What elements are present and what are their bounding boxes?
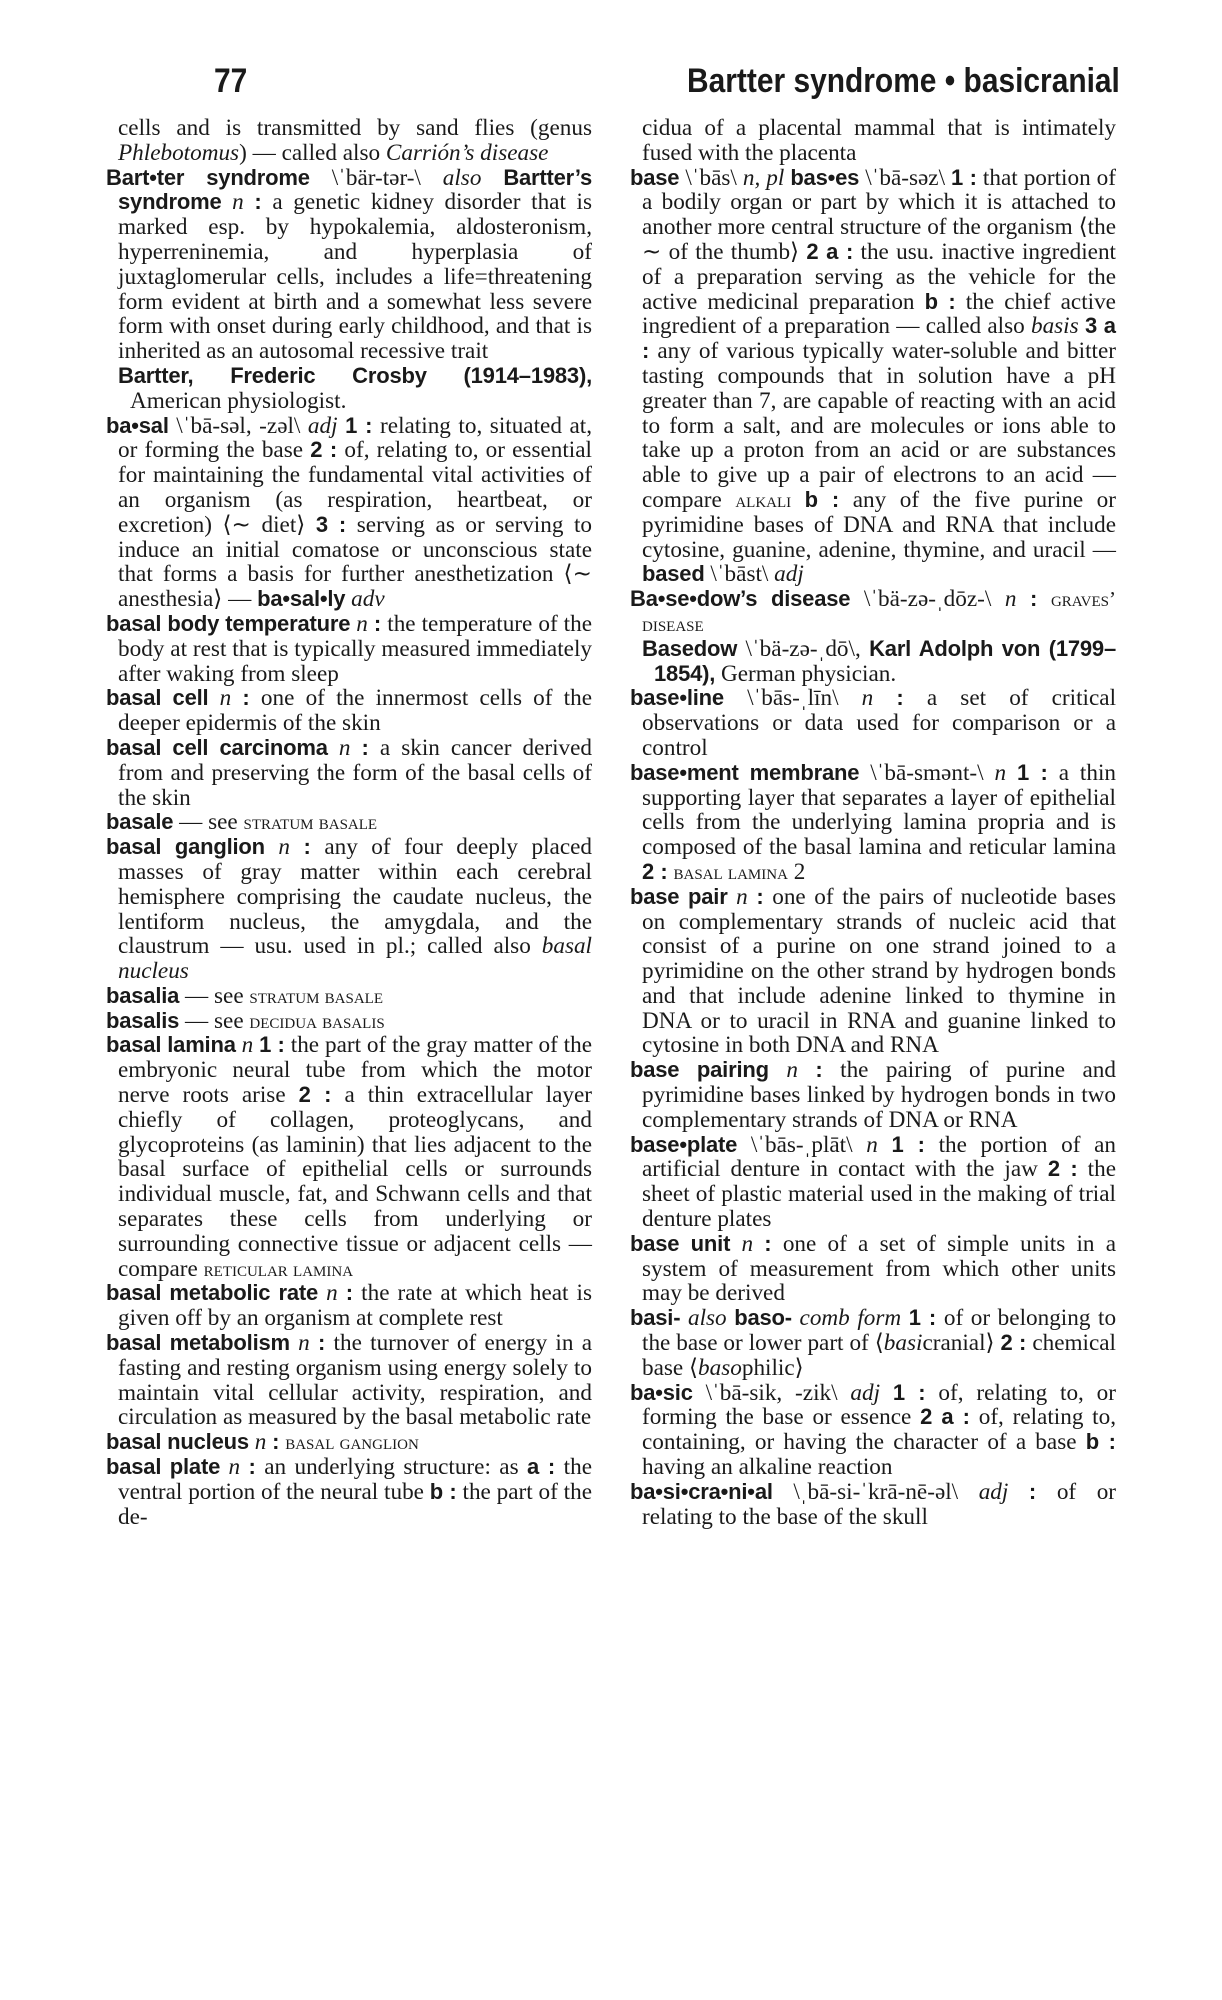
italic-label: comb form [800, 1305, 902, 1331]
dictionary-entry: Bart•ter syndrome \ˈbär-tər-\ also Bartt… [106, 166, 592, 364]
definition-text: \ˈbä-zə-ˌdōz-\ [850, 586, 1005, 612]
sense-number: 1 : [1017, 760, 1048, 785]
sense-number: 2 a : [920, 1404, 970, 1429]
definition-text: having an alkaline reaction [642, 1454, 892, 1480]
headword: basal plate [106, 1454, 220, 1479]
dictionary-entry: ba•sic \ˈbā-sik, -zik\ adj 1 : of, relat… [630, 1381, 1116, 1480]
sense-number: 1 : [259, 1032, 285, 1057]
italic-label: n [862, 685, 874, 711]
definition-text: cranial⟩ [922, 1330, 1000, 1356]
headword: bas•es [790, 165, 859, 190]
dictionary-entry: base•ment membrane \ˈbā-smənt-\ n 1 : a … [630, 761, 1116, 885]
italic-label: n [220, 685, 232, 711]
headword: base [630, 165, 679, 190]
headword: baso- [734, 1305, 792, 1330]
dictionary-entry: base•line \ˈbās-ˌlīn\ n : a set of criti… [630, 686, 1116, 760]
headword: base•plate [630, 1132, 737, 1157]
definition-text [728, 884, 737, 910]
definition-text [222, 189, 233, 215]
headword: basal lamina [106, 1032, 236, 1057]
definition-text: — see [179, 983, 249, 1009]
headword: basal cell carcinoma [106, 735, 328, 760]
definition-text [338, 413, 346, 439]
dictionary-entry: basi- also baso- comb form 1 : of or bel… [630, 1306, 1116, 1380]
italic-label: n [339, 735, 351, 761]
definition-text [680, 1305, 688, 1331]
dictionary-entry: base pairing n : the pairing of purine a… [630, 1058, 1116, 1132]
definition-text [481, 165, 503, 191]
cross-reference: alkali [735, 488, 791, 512]
sense-number: 1 : [951, 165, 977, 190]
dictionary-entry: basalia — see stratum basale [106, 984, 592, 1009]
cross-reference: stratum basale [243, 810, 377, 834]
definition-text [318, 1280, 326, 1306]
headword: base•line [630, 685, 724, 710]
definition-text [769, 1057, 786, 1083]
definition-text: a genetic kidney disorder that is marked… [118, 189, 592, 364]
definition-text [792, 1305, 800, 1331]
headword: basi- [630, 1305, 680, 1330]
italic-label: also [688, 1305, 727, 1331]
definition-text: cidua of a placental mammal that is inti… [642, 115, 1116, 166]
dictionary-entry: basal lamina n 1 : the part of the gray … [106, 1033, 592, 1281]
definition-text [791, 487, 805, 513]
sense-number: : [764, 1231, 771, 1256]
entry-continuation: cells and is transmitted by sand flies (… [106, 116, 592, 166]
sense-number: b : [805, 487, 840, 512]
italic-label: baso [698, 1355, 742, 1381]
definition-text: \ˈbās-ˌlīn\ [724, 685, 862, 711]
headword: ba•sal [106, 413, 169, 438]
left-column: cells and is transmitted by sand flies (… [106, 116, 592, 1529]
cross-reference: basal lamina [673, 860, 787, 884]
sense-number: 2 : [1048, 1156, 1078, 1181]
dictionary-entry: base \ˈbās\ n, pl bas•es \ˈbā-səz\ 1 : t… [630, 166, 1116, 588]
headword: base pair [630, 884, 728, 909]
italic-label: n [242, 1032, 254, 1058]
definition-text [208, 685, 219, 711]
headword: Bart•ter syndrome [106, 165, 310, 190]
italic-label: n [994, 760, 1006, 786]
dictionary-entry: basal cell carcinoma n : a skin cancer d… [106, 736, 592, 810]
definition-text: cells and is transmitted by sand flies (… [118, 115, 592, 141]
dictionary-entry: ba•si•cra•ni•al \ˌbā-si-ˈkrā-nē-əl\ adj … [630, 1480, 1116, 1530]
entry-continuation: cidua of a placental mammal that is inti… [630, 116, 1116, 166]
definition-text [350, 735, 361, 761]
definition-text: — see [173, 809, 243, 835]
biographical-note: Basedow \ˈbä-zə-ˌdō\, Karl Adolph von (1… [630, 637, 1116, 687]
italic-label: adv [351, 586, 384, 612]
definition-text [880, 1380, 893, 1406]
definition-text [338, 1280, 346, 1306]
headword: ba•si•cra•ni•al [630, 1479, 773, 1504]
italic-label: basi [884, 1330, 923, 1356]
headword: base unit [630, 1231, 730, 1256]
italic-label: n [232, 189, 244, 215]
dictionary-entry: basale — see stratum basale [106, 810, 592, 835]
page-number: 77 [214, 62, 247, 101]
definition-text [244, 189, 255, 215]
dictionary-entry: base unit n : one of a set of simple uni… [630, 1232, 1116, 1306]
definition-text [878, 1132, 892, 1158]
italic-label: adj [850, 1380, 880, 1406]
headword: ba•sal•ly [257, 586, 345, 611]
definition-text: \ˈbā-səz\ [859, 165, 951, 191]
headword: basale [106, 809, 173, 834]
dictionary-entry: basal body temperature n : the temperatu… [106, 612, 592, 686]
definition-text [231, 685, 242, 711]
definition-text: philic⟩ [742, 1355, 804, 1381]
italic-label: adj [774, 561, 804, 587]
definition-text: ) — called also [239, 140, 386, 166]
italic-label: n, pl [743, 165, 784, 191]
sense-number: 3 : [316, 512, 346, 537]
dictionary-entry: base•plate \ˈbās-ˌplāt\ n 1 : the portio… [630, 1133, 1116, 1232]
headword: base pairing [630, 1057, 769, 1082]
sense-number: 2 : [310, 437, 337, 462]
definition-text: \ˈbā-səl, -zəl\ [169, 413, 308, 439]
sense-number: 2 : [642, 859, 668, 884]
sense-number: : [346, 1280, 353, 1305]
dictionary-entry: Ba•se•dow’s disease \ˈbä-zə-ˌdōz-\ n : g… [630, 587, 1116, 637]
cross-reference: reticular lamina [204, 1257, 353, 1281]
italic-label: n [278, 834, 290, 860]
definition-text: American physiologist. [130, 388, 346, 414]
dictionary-entry: basal plate n : an underlying structure:… [106, 1455, 592, 1529]
definition-text: \ˈbär-tər-\ [310, 165, 443, 191]
sense-number: : [242, 685, 249, 710]
definition-text [901, 1305, 909, 1331]
italic-label: n [1005, 586, 1017, 612]
cross-reference: stratum basale [249, 984, 383, 1008]
definition-text [753, 1231, 764, 1257]
headword: basal cell [106, 685, 208, 710]
headword: Bartter, Frederic Crosby (1914–1983), [118, 363, 592, 388]
definition-text: \ˈbās\ [679, 165, 743, 191]
headword: basal nucleus [106, 1429, 249, 1454]
sense-number: : [248, 1454, 255, 1479]
definition-text: \ˈbā-smənt-\ [859, 760, 994, 786]
definition-text: \ˈbās-ˌplāt\ [737, 1132, 866, 1158]
sense-number: 1 : [891, 1132, 925, 1157]
italic-label: n [786, 1057, 798, 1083]
definition-text [1008, 1479, 1029, 1505]
dictionary-entry: basal nucleus n : basal ganglion [106, 1430, 592, 1455]
definition-text [310, 1330, 318, 1356]
headword: basalia [106, 983, 179, 1008]
definition-text [220, 1454, 228, 1480]
definition-text: \ˈbāst\ [705, 561, 775, 587]
definition-text: a thin extracellular layer chiefly of co… [118, 1082, 592, 1282]
dictionary-entry: basal cell n : one of the innermost cell… [106, 686, 592, 736]
cross-reference: basal ganglion [285, 1430, 419, 1454]
sense-number: 2 : [299, 1082, 332, 1107]
italic-label: Carrión’s disease [386, 140, 549, 166]
sense-number: : [815, 1057, 822, 1082]
headword: basal ganglion [106, 834, 265, 859]
definition-text: one of the pairs of nucleotide bases on … [642, 884, 1116, 1059]
definition-text [290, 834, 304, 860]
headword: based [642, 561, 705, 586]
sense-number: : [254, 189, 261, 214]
italic-label: n [326, 1280, 338, 1306]
italic-label: adj [979, 1479, 1009, 1505]
definition-text: \ˈbä-zə-ˌdō\, [737, 636, 869, 662]
italic-label: n [298, 1330, 310, 1356]
sense-number: a : [527, 1454, 555, 1479]
italic-label: n [356, 611, 368, 637]
sense-number: 1 : [893, 1380, 926, 1405]
definition-text [290, 1330, 298, 1356]
dictionary-entry: basal metabolism n : the turnover of ene… [106, 1331, 592, 1430]
headword: base•ment membrane [630, 760, 859, 785]
italic-label: Phlebotomus [118, 140, 239, 166]
dictionary-entry: base pair n : one of the pairs of nucleo… [630, 885, 1116, 1059]
italic-label: n [736, 884, 748, 910]
italic-label: also [443, 165, 482, 191]
cross-reference: decidua basalis [249, 1009, 384, 1033]
headword: Basedow [642, 636, 737, 661]
definition-text: — see [179, 1008, 249, 1034]
running-head: Bartter syndrome • basicranial [687, 62, 1120, 101]
italic-label: n [741, 1231, 753, 1257]
definition-text: \ˈbā-sik, -zik\ [693, 1380, 851, 1406]
dictionary-entry: ba•sal \ˈbā-səl, -zəl\ adj 1 : relating … [106, 414, 592, 612]
definition-text [1037, 586, 1051, 612]
definition-text: German physician. [715, 661, 896, 687]
dictionary-entry: basalis — see decidua basalis [106, 1009, 592, 1034]
sense-number: 2 a : [806, 239, 853, 264]
sense-number: 2 : [1001, 1330, 1027, 1355]
sense-number: : [896, 685, 903, 710]
definition-text [730, 1231, 741, 1257]
sense-number: b : [430, 1479, 457, 1504]
italic-label: adj [308, 413, 338, 439]
sense-number: 1 : [909, 1305, 936, 1330]
sense-number: : [361, 735, 368, 760]
definition-text: 2 [788, 859, 805, 885]
right-column: cidua of a placental mammal that is inti… [630, 116, 1116, 1529]
sense-number: 1 : [345, 413, 372, 438]
definition-text [265, 834, 279, 860]
italic-label: n [229, 1454, 241, 1480]
italic-label: n [866, 1132, 878, 1158]
definition-text [1016, 586, 1030, 612]
sense-number: : [756, 884, 763, 909]
headword: ba•sic [630, 1380, 693, 1405]
headword: basal metabolic rate [106, 1280, 318, 1305]
headword: basalis [106, 1008, 179, 1033]
page-header: 77 Bartter syndrome • basicranial [0, 62, 1222, 112]
sense-number: b : [1086, 1429, 1116, 1454]
headword: basal body temperature [106, 611, 350, 636]
italic-label: n [255, 1429, 267, 1455]
headword: Ba•se•dow’s disease [630, 586, 850, 611]
sense-number: : [304, 834, 311, 859]
italic-label: basis [1031, 313, 1079, 339]
definition-text [328, 735, 339, 761]
sense-number: b : [925, 289, 956, 314]
definition-text: \ˌbā-si-ˈkrā-nē-əl\ [773, 1479, 979, 1505]
biographical-note: Bartter, Frederic Crosby (1914–1983), Am… [106, 364, 592, 414]
dictionary-entry: basal ganglion n : any of four deeply pl… [106, 835, 592, 984]
definition-text [798, 1057, 815, 1083]
definition-text: an underlying structure: as [256, 1454, 527, 1480]
definition-text [1006, 760, 1017, 786]
definition-text [873, 685, 896, 711]
headword: basal metabolism [106, 1330, 290, 1355]
dictionary-entry: basal metabolic rate n : the rate at whi… [106, 1281, 592, 1331]
